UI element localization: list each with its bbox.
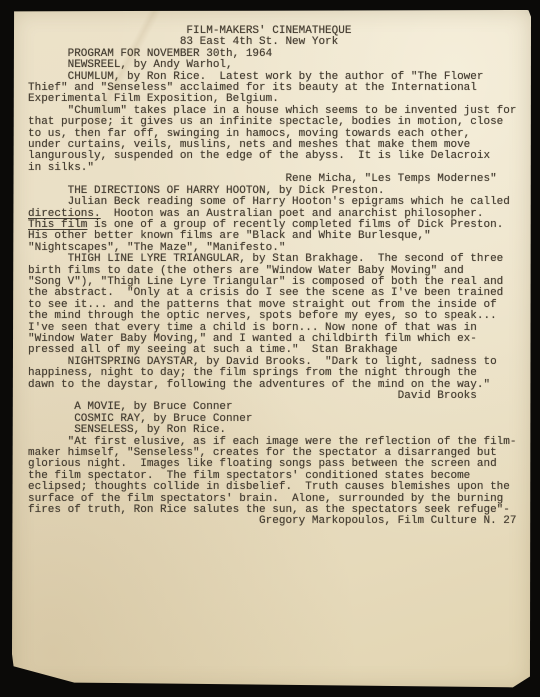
scan-background: FILM-MAKERS' CINEMATHEQUE 83 East 4th St… (0, 0, 540, 697)
film-entry-chumlum: CHUMLUM, by Ron Rice. Latest work by the… (28, 72, 527, 106)
underlined-word-directions: directions. (28, 208, 101, 220)
directions-text-1: Julian Beck reading some of Harry Hooton… (28, 196, 510, 208)
review-quote-senseless: "At first elusive, as if each image were… (28, 437, 527, 517)
film-entry-newsreel: NEWSREEL, by Andy Warhol, (28, 60, 527, 71)
attribution-rene-micha: Rene Micha, "Les Temps Modernes" (28, 174, 527, 185)
directions-text-3: is one of a group of recently completed … (28, 219, 503, 254)
letterhead: FILM-MAKERS' CINEMATHEQUE 83 East 4th St… (28, 26, 527, 49)
film-entry-directions-description: Julian Beck reading some of Harry Hooton… (28, 197, 527, 254)
film-entry-thigh-line-lyre: THIGH LINE LYRE TRIANGULAR, by Stan Brak… (28, 254, 527, 357)
directions-text-2: Hooton was an Australian poet and anarch… (101, 208, 484, 220)
review-quote-chumlum: "Chumlum" takes place in a house which s… (28, 106, 527, 174)
attribution-gregory-markopoulos: Gregory Markopoulos, Film Culture N. 27 (28, 516, 527, 527)
film-entry-senseless: SENSELESS, by Ron Rice. (28, 425, 527, 436)
document-page: FILM-MAKERS' CINEMATHEQUE 83 East 4th St… (12, 10, 531, 688)
film-entry-nightspring-daystar: NIGHTSPRING DAYSTAR, by David Brooks. "D… (28, 357, 527, 391)
